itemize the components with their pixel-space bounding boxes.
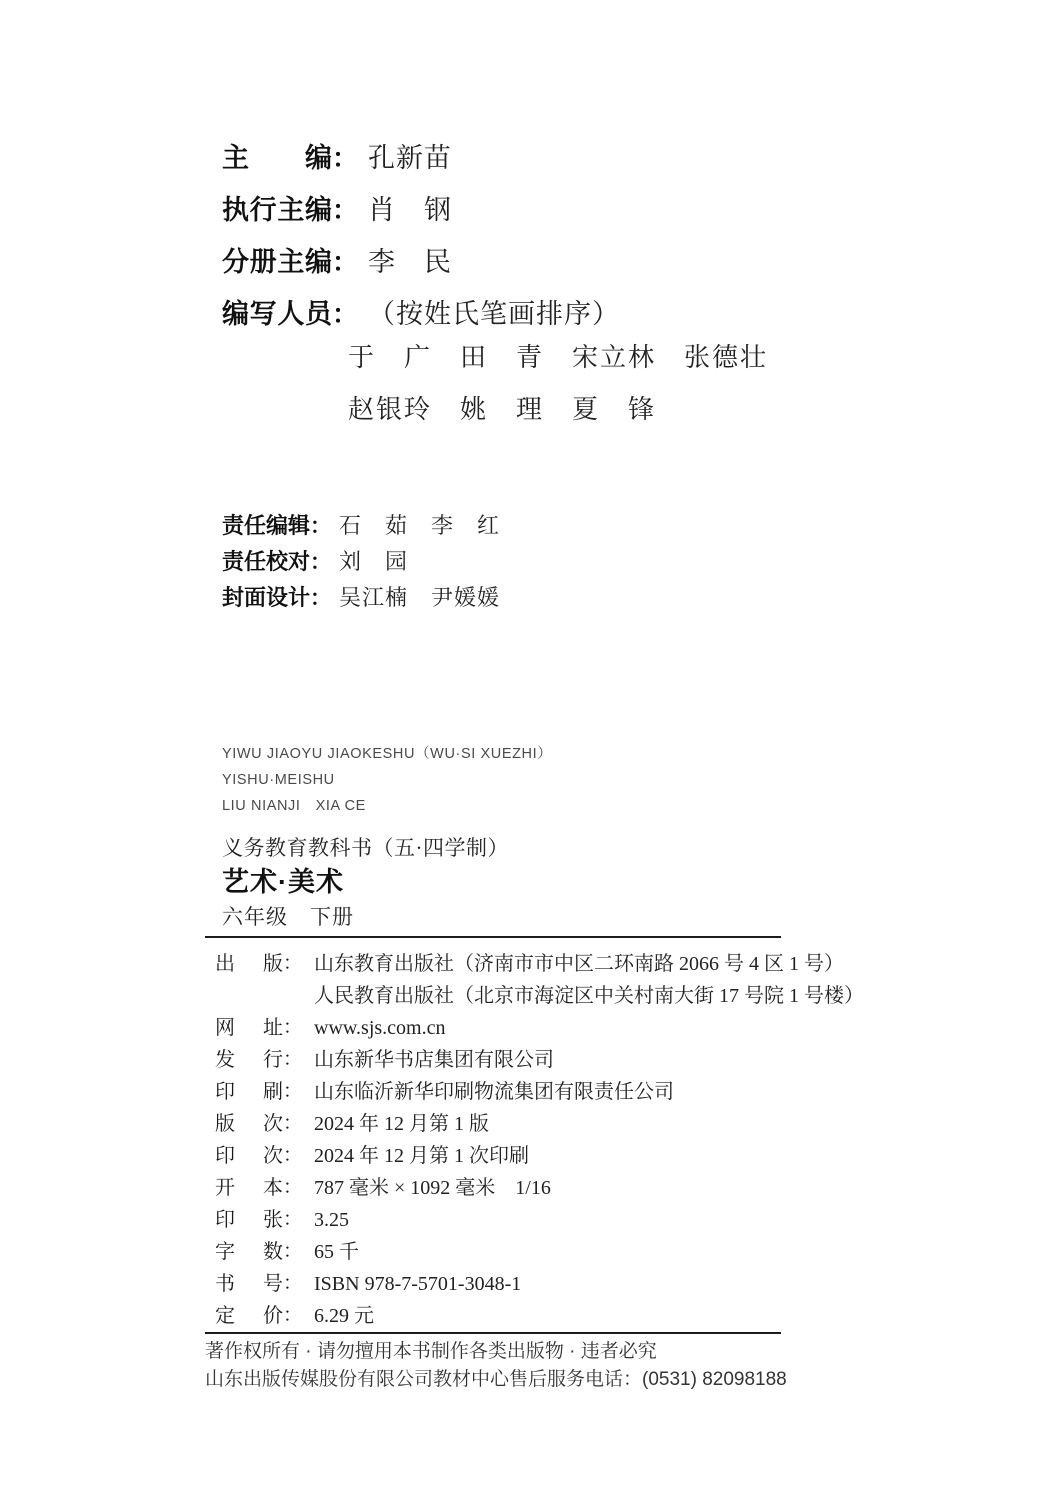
colon: ： bbox=[332, 294, 358, 331]
cover-designer-row: 封面设计：吴江楠 尹媛媛 bbox=[222, 581, 500, 617]
publisher-line-1: 山东教育出版社（济南市市中区二环南路 2066 号 4 区 1 号） bbox=[314, 953, 844, 975]
wordcount-value: 65 千 bbox=[314, 1236, 359, 1268]
distributor-row: 发行： 山东新华书店集团有限公司 bbox=[215, 1044, 864, 1076]
series-title: 义务教育教科书（五·四学制） bbox=[222, 833, 509, 863]
colon: ： bbox=[283, 1204, 302, 1236]
cover-designer-names: 吴江楠 尹媛媛 bbox=[339, 585, 500, 610]
pinyin-block: YIWU JIAOYU JIAOKESHU（WU·SI XUEZHI） YISH… bbox=[222, 741, 552, 819]
proofreader-label: 责任校对 bbox=[222, 549, 310, 574]
publisher-value: 山东教育出版社（济南市市中区二环南路 2066 号 4 区 1 号）人民教育出版… bbox=[314, 948, 864, 1012]
executive-editor-row: 执行主编： 肖 钢 bbox=[222, 188, 620, 216]
colon: ： bbox=[283, 1108, 302, 1140]
colon: ： bbox=[283, 1268, 302, 1300]
pinyin-line-3: LIU NIANJI XIA CE bbox=[222, 793, 552, 819]
writers-label: 编写人员 bbox=[222, 300, 332, 328]
colon: ： bbox=[310, 515, 331, 538]
executive-editor-label: 执行主编 bbox=[222, 196, 332, 224]
book-title: 艺术·美术 bbox=[222, 863, 509, 901]
colon: ： bbox=[332, 138, 358, 175]
impression-label: 印次 bbox=[215, 1140, 283, 1172]
wordcount-label: 字数 bbox=[215, 1236, 283, 1268]
isbn-value: ISBN 978-7-5701-3048-1 bbox=[314, 1268, 521, 1300]
grade-volume: 六年级 下册 bbox=[222, 901, 509, 933]
website-row: 网址： www.sjs.com.cn bbox=[215, 1012, 864, 1044]
colon: ： bbox=[283, 1236, 302, 1268]
website-value: www.sjs.com.cn bbox=[314, 1012, 445, 1044]
colon: ： bbox=[283, 1300, 302, 1332]
colon: ： bbox=[283, 1172, 302, 1204]
isbn-row: 书号： ISBN 978-7-5701-3048-1 bbox=[215, 1268, 864, 1300]
contributors-line-1: 于 广 田 青 宋立林 张德壮 bbox=[348, 332, 768, 384]
volume-editor-row: 分册主编： 李 民 bbox=[222, 240, 620, 268]
editors-block: 主编： 孔新苗 执行主编： 肖 钢 分册主编： 李 民 编写人员： （按姓氏笔画… bbox=[222, 136, 620, 344]
writers-row: 编写人员： （按姓氏笔画排序） bbox=[222, 292, 620, 320]
distributor-value: 山东新华书店集团有限公司 bbox=[314, 1044, 554, 1076]
pinyin-line-2: YISHU·MEISHU bbox=[222, 767, 552, 793]
copyright-notice: 著作权所有 · 请勿擅用本书制作各类出版物 · 违者必究 bbox=[205, 1338, 787, 1366]
edition-label: 版次 bbox=[215, 1108, 283, 1140]
volume-editor-label: 分册主编 bbox=[222, 248, 332, 276]
colon: ： bbox=[332, 190, 358, 227]
chief-editor-label: 主编 bbox=[222, 144, 332, 172]
divider-top bbox=[205, 936, 781, 938]
colophon-block: 出版： 山东教育出版社（济南市市中区二环南路 2066 号 4 区 1 号）人民… bbox=[215, 948, 864, 1332]
proofreader-names: 刘 园 bbox=[339, 549, 408, 574]
publisher-label: 出版 bbox=[215, 948, 283, 980]
format-label: 开本 bbox=[215, 1172, 283, 1204]
chief-editor-row: 主编： 孔新苗 bbox=[222, 136, 620, 164]
format-row: 开本： 787 毫米 × 1092 毫米 1/16 bbox=[215, 1172, 864, 1204]
edition-value: 2024 年 12 月第 1 版 bbox=[314, 1108, 489, 1140]
responsible-editor-label: 责任编辑 bbox=[222, 513, 310, 538]
colon: ： bbox=[283, 1140, 302, 1172]
publisher-line-2: 人民教育出版社（北京市海淀区中关村南大街 17 号院 1 号楼） bbox=[314, 980, 864, 1012]
price-row: 定价： 6.29 元 bbox=[215, 1300, 864, 1332]
distributor-label: 发行 bbox=[215, 1044, 283, 1076]
colon: ： bbox=[283, 948, 302, 980]
printer-row: 印刷： 山东临沂新华印刷物流集团有限责任公司 bbox=[215, 1076, 864, 1108]
sheets-value: 3.25 bbox=[314, 1204, 349, 1236]
edition-row: 版次： 2024 年 12 月第 1 版 bbox=[215, 1108, 864, 1140]
price-value: 6.29 元 bbox=[314, 1300, 374, 1332]
isbn-label: 书号 bbox=[215, 1268, 283, 1300]
cover-designer-label: 封面设计 bbox=[222, 585, 310, 610]
volume-editor-name: 李 民 bbox=[368, 240, 452, 279]
staff-block: 责任编辑：石 茹 李 红 责任校对：刘 园 封面设计：吴江楠 尹媛媛 bbox=[222, 509, 500, 617]
publisher-row: 出版： 山东教育出版社（济南市市中区二环南路 2066 号 4 区 1 号）人民… bbox=[215, 948, 864, 1012]
copyright-page: 主编： 孔新苗 执行主编： 肖 钢 分册主编： 李 民 编写人员： （按姓氏笔画… bbox=[0, 0, 1060, 1508]
colon: ： bbox=[310, 551, 331, 574]
chief-editor-name: 孔新苗 bbox=[368, 136, 452, 175]
colon: ： bbox=[283, 1076, 302, 1108]
impression-row: 印次： 2024 年 12 月第 1 次印刷 bbox=[215, 1140, 864, 1172]
service-phone: 山东出版传媒股份有限公司教材中心售后服务电话：(0531) 82098188 bbox=[205, 1366, 787, 1394]
colon: ： bbox=[310, 587, 331, 610]
sheets-row: 印张： 3.25 bbox=[215, 1204, 864, 1236]
colon: ： bbox=[283, 1012, 302, 1044]
footer-block: 著作权所有 · 请勿擅用本书制作各类出版物 · 违者必究 山东出版传媒股份有限公… bbox=[205, 1338, 787, 1394]
title-block: 义务教育教科书（五·四学制） 艺术·美术 六年级 下册 bbox=[222, 833, 509, 933]
writers-note: （按姓氏笔画排序） bbox=[368, 292, 620, 331]
contributors-block: 于 广 田 青 宋立林 张德壮 赵银玲 姚 理 夏 锋 bbox=[348, 332, 768, 436]
price-label: 定价 bbox=[215, 1300, 283, 1332]
wordcount-row: 字数： 65 千 bbox=[215, 1236, 864, 1268]
executive-editor-name: 肖 钢 bbox=[368, 188, 452, 227]
format-value: 787 毫米 × 1092 毫米 1/16 bbox=[314, 1172, 551, 1204]
responsible-editor-names: 石 茹 李 红 bbox=[339, 513, 500, 538]
divider-bottom bbox=[205, 1332, 781, 1334]
printer-label: 印刷 bbox=[215, 1076, 283, 1108]
website-label: 网址 bbox=[215, 1012, 283, 1044]
responsible-editor-row: 责任编辑：石 茹 李 红 bbox=[222, 509, 500, 545]
printer-value: 山东临沂新华印刷物流集团有限责任公司 bbox=[314, 1076, 674, 1108]
contributors-line-2: 赵银玲 姚 理 夏 锋 bbox=[348, 384, 768, 436]
sheets-label: 印张 bbox=[215, 1204, 283, 1236]
proofreader-row: 责任校对：刘 园 bbox=[222, 545, 500, 581]
colon: ： bbox=[332, 242, 358, 279]
colon: ： bbox=[283, 1044, 302, 1076]
impression-value: 2024 年 12 月第 1 次印刷 bbox=[314, 1140, 529, 1172]
pinyin-line-1: YIWU JIAOYU JIAOKESHU（WU·SI XUEZHI） bbox=[222, 741, 552, 767]
